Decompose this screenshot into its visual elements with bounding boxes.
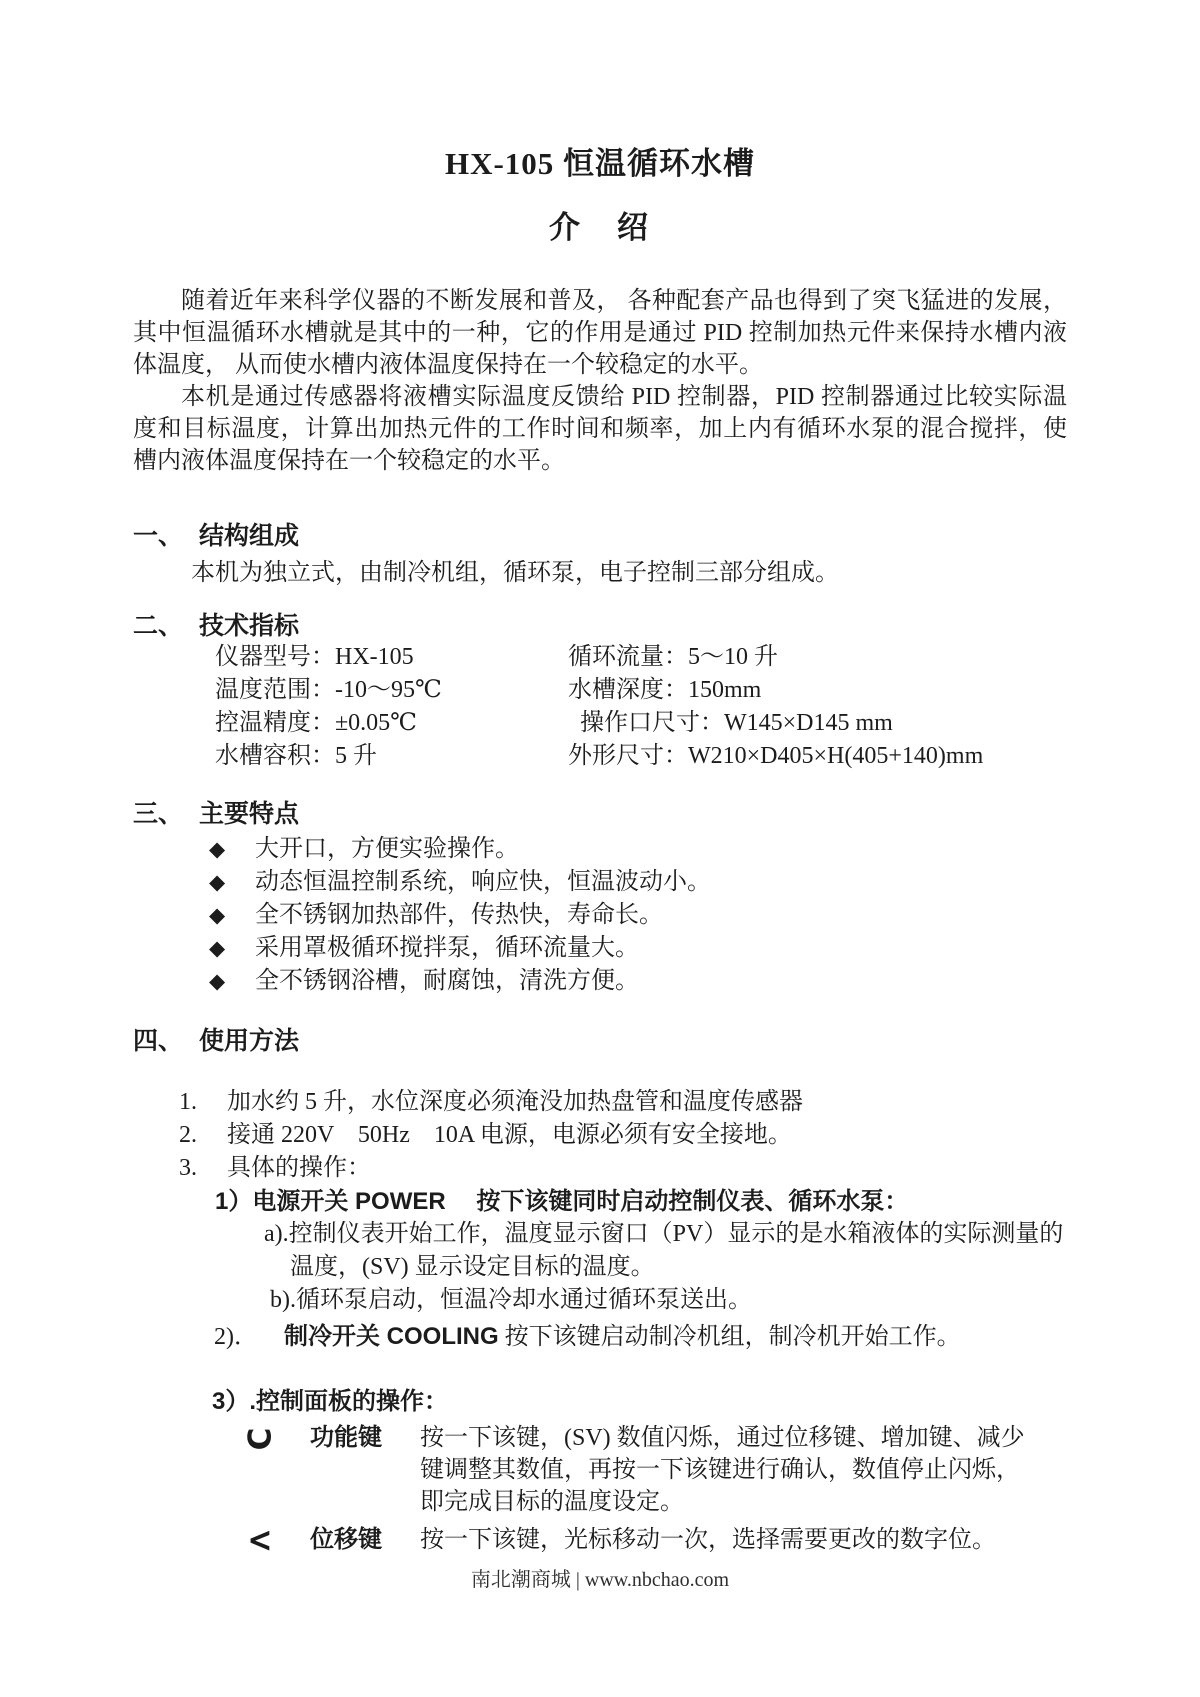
section-usage: 四、使用方法 1. 加水约 5 升，水位深度必须淹没加热盘管和温度传感器 2. … [133, 1026, 1067, 1559]
feature-text: 采用罩极循环搅拌泵，循环流量大。 [255, 932, 639, 965]
list-item: 1. 加水约 5 升，水位深度必须淹没加热盘管和温度传感器 [179, 1086, 1067, 1119]
power-switch-instruction: 1）电源开关 POWER 按下该键同时启动控制仪表、循环水泵： [215, 1185, 1067, 1218]
shift-key-row: < 位移键 按一下该键，光标移动一次，选择需要更改的数字位。 [210, 1524, 1067, 1559]
usage-step-list: 1. 加水约 5 升，水位深度必须淹没加热盘管和温度传感器 2. 接通 220V… [179, 1086, 1067, 1185]
section-title: 主要特点 [199, 800, 299, 828]
section-number: 四、 [133, 1026, 199, 1056]
key-name: 位移键 [310, 1524, 420, 1559]
spec-cell: 循环流量：5～10 升 [568, 641, 778, 674]
spec-cell: 外形尺寸：W210×D405×H(405+140)mm [568, 740, 983, 773]
section-number: 二、 [133, 611, 199, 641]
key-name: 功能键 [310, 1422, 420, 1518]
list-item: ◆ 全不锈钢加热部件，传热快，寿命长。 [209, 899, 1067, 932]
section-title: 结构组成 [199, 522, 299, 550]
footer-site-credit: 南北潮商城 | www.nbchao.com [0, 1565, 1200, 1595]
diamond-bullet-icon: ◆ [209, 932, 255, 965]
diamond-bullet-icon: ◆ [209, 833, 255, 866]
section-title: 使用方法 [199, 1027, 299, 1055]
shift-key-icon: < [210, 1524, 310, 1559]
spec-cell: 仪器型号：HX-105 [215, 641, 568, 674]
section-features-heading: 三、主要特点 [133, 799, 1067, 829]
function-key-row: C 功能键 按一下该键，(SV) 数值闪烁，通过位移键、增加键、减少键调整其数值… [210, 1422, 1067, 1518]
cooling-switch-instruction: 2)．制冷开关 COOLING 按下该键启动制冷机组，制冷机开始工作。 [214, 1320, 1067, 1354]
list-item: ◆ 采用罩极循环搅拌泵，循环流量大。 [209, 932, 1067, 965]
list-item: 3. 具体的操作： [179, 1152, 1067, 1185]
cooling-switch-name: 制冷开关 COOLING [284, 1323, 499, 1350]
cooling-number: 2)． [214, 1324, 258, 1350]
section-structure: 一、结构组成 本机为独立式，由制冷机组，循环泵，电子控制三部分组成。 [133, 521, 1067, 589]
function-key-icon: C [210, 1422, 310, 1518]
spec-cell: 操作口尺寸：W145×D145 mm [568, 707, 893, 740]
section-title: 技术指标 [199, 612, 299, 640]
feature-text: 大开口，方便实验操作。 [255, 833, 519, 866]
step-number: 1. [179, 1086, 227, 1119]
page-subtitle: 介 绍 [133, 207, 1067, 249]
document-content: HX-105 恒温循环水槽 介 绍 随着近年来科学仪器的不断发展和普及， 各种配… [0, 0, 1200, 1559]
intro-paragraph-2: 本机是通过传感器将液槽实际温度反馈给 PID 控制器，PID 控制器通过比较实际… [133, 381, 1067, 477]
list-item: ◆ 全不锈钢浴槽，耐腐蚀，清洗方便。 [209, 965, 1067, 998]
intro-paragraphs: 随着近年来科学仪器的不断发展和普及， 各种配套产品也得到了突飞猛进的发展，其中恒… [133, 285, 1067, 477]
section-number: 一、 [133, 521, 199, 551]
spec-cell: 控温精度：±0.05℃ [215, 707, 568, 740]
key-description: 按一下该键，(SV) 数值闪烁，通过位移键、增加键、减少键调整其数值，再按一下该… [420, 1422, 1040, 1518]
feature-text: 动态恒温控制系统，响应快，恒温波动小。 [255, 866, 711, 899]
section-structure-body: 本机为独立式，由制冷机组，循环泵，电子控制三部分组成。 [191, 557, 1067, 589]
panel-operations-label: 3）.控制面板的操作： [212, 1385, 1067, 1418]
spec-row: 仪器型号：HX-105 循环流量：5～10 升 [215, 641, 1067, 674]
feature-text: 全不锈钢加热部件，传热快，寿命长。 [255, 899, 663, 932]
spec-row: 水槽容积：5 升 外形尺寸：W210×D405×H(405+140)mm [215, 740, 1067, 773]
cooling-text: 按下该键启动制冷机组，制冷机开始工作。 [499, 1324, 961, 1350]
list-item: ◆ 大开口，方便实验操作。 [209, 833, 1067, 866]
section-number: 三、 [133, 799, 199, 829]
document-page: HX-105 恒温循环水槽 介 绍 随着近年来科学仪器的不断发展和普及， 各种配… [0, 0, 1200, 1697]
feature-text: 全不锈钢浴槽，耐腐蚀，清洗方便。 [255, 965, 639, 998]
power-sub-item-b: b).循环泵启动，恒温冷却水通过循环泵送出。 [270, 1284, 1067, 1317]
spec-row: 控温精度：±0.05℃ 操作口尺寸：W145×D145 mm [215, 707, 1067, 740]
feature-list: ◆ 大开口，方便实验操作。 ◆ 动态恒温控制系统，响应快，恒温波动小。 ◆ 全不… [209, 833, 1067, 998]
step-number: 2. [179, 1119, 227, 1152]
spec-table: 仪器型号：HX-105 循环流量：5～10 升 温度范围：-10～95℃ 水槽深… [215, 641, 1067, 773]
spec-cell: 水槽深度：150mm [568, 674, 761, 707]
diamond-bullet-icon: ◆ [209, 965, 255, 998]
step-text: 加水约 5 升，水位深度必须淹没加热盘管和温度传感器 [227, 1086, 803, 1119]
diamond-bullet-icon: ◆ [209, 866, 255, 899]
spec-cell: 温度范围：-10～95℃ [215, 674, 568, 707]
step-text: 接通 220V 50Hz 10A 电源，电源必须有安全接地。 [227, 1119, 792, 1152]
spec-cell: 水槽容积：5 升 [215, 740, 568, 773]
spec-row: 温度范围：-10～95℃ 水槽深度：150mm [215, 674, 1067, 707]
section-structure-heading: 一、结构组成 [133, 521, 1067, 551]
section-usage-heading: 四、使用方法 [133, 1026, 1067, 1056]
section-features: 三、主要特点 ◆ 大开口，方便实验操作。 ◆ 动态恒温控制系统，响应快，恒温波动… [133, 799, 1067, 998]
section-specs: 二、技术指标 仪器型号：HX-105 循环流量：5～10 升 温度范围：-10～… [133, 611, 1067, 773]
list-item: ◆ 动态恒温控制系统，响应快，恒温波动小。 [209, 866, 1067, 899]
section-specs-heading: 二、技术指标 [133, 611, 1067, 641]
diamond-bullet-icon: ◆ [209, 899, 255, 932]
power-sub-item-a: a).控制仪表开始工作，温度显示窗口（PV）显示的是水箱液体的实际测量的温度，(… [264, 1218, 1080, 1284]
step-number: 3. [179, 1152, 227, 1185]
step-text: 具体的操作： [227, 1152, 371, 1185]
intro-paragraph-1: 随着近年来科学仪器的不断发展和普及， 各种配套产品也得到了突飞猛进的发展，其中恒… [133, 285, 1067, 381]
key-description: 按一下该键，光标移动一次，选择需要更改的数字位。 [420, 1524, 1040, 1559]
list-item: 2. 接通 220V 50Hz 10A 电源，电源必须有安全接地。 [179, 1119, 1067, 1152]
page-title: HX-105 恒温循环水槽 [133, 143, 1067, 185]
